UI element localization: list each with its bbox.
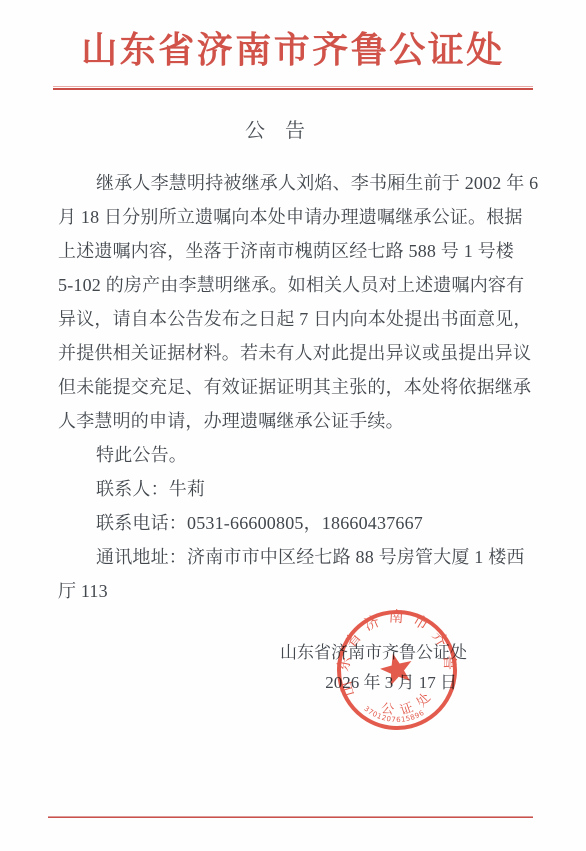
body-line: 上述遗嘱内容，坐落于济南市槐荫区经七路 588 号 1 号楼: [58, 234, 528, 268]
notice-heading: 公 告: [0, 118, 568, 144]
body-line: 人李慧明的申请，办理遗嘱继承公证手续。: [58, 404, 528, 438]
body-line: 月 18 日分别所立遗嘱向本处申请办理遗嘱继承公证。根据: [58, 200, 528, 234]
signature-block: 山东省济南市齐鲁公证处 2026 年 3 月 17 日: [0, 638, 586, 698]
body-line: 异议，请自本公告发布之日起 7 日内向本处提出书面意见，: [58, 302, 528, 336]
contact-person-line: 联系人：牛莉: [58, 472, 528, 506]
body-line: 5-102 的房产由李慧明继承。如相关人员对上述遗嘱内容有: [58, 268, 528, 302]
body-line: 并提供相关证据材料。若未有人对此提出异议或虽提出异议: [58, 336, 528, 370]
signature-org-name: 山东省济南市齐鲁公证处: [0, 638, 586, 668]
address-line-1: 通讯地址：济南市市中区经七路 88 号房管大厦 1 楼西: [58, 540, 528, 574]
footer-divider-rule: [48, 816, 533, 818]
header-divider-rule: [53, 86, 533, 90]
body-line: 继承人李慧明持被继承人刘焰、李书厢生前于 2002 年 6: [58, 166, 528, 200]
scanned-notice-page: 山东省济南市齐鲁公证处 公 告 继承人李慧明持被继承人刘焰、李书厢生前于 200…: [0, 0, 586, 851]
address-line-2: 厅 113: [58, 574, 528, 608]
notice-body: 继承人李慧明持被继承人刘焰、李书厢生前于 2002 年 6 月 18 日分别所立…: [58, 166, 528, 608]
closing-line: 特此公告。: [58, 438, 528, 472]
contact-phone-line: 联系电话：0531-66600805，18660437667: [58, 506, 528, 540]
body-line: 但未能提交充足、有效证据证明其主张的，本处将依据继承: [58, 370, 528, 404]
org-title: 山东省济南市齐鲁公证处: [0, 28, 586, 72]
signature-date: 2026 年 3 月 17 日: [0, 668, 586, 698]
